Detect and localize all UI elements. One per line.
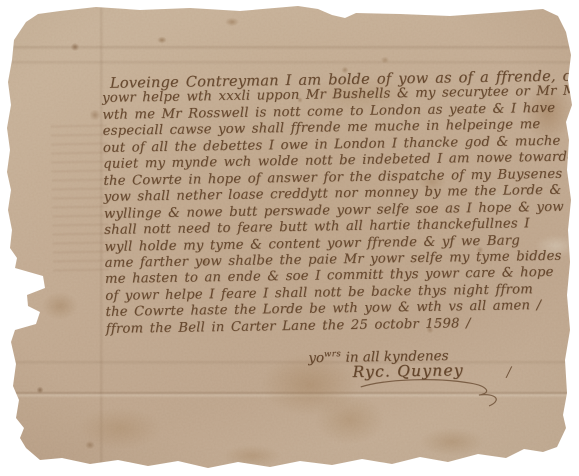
- torn-paper-sheet: ffrom the Bell in Carter Lane the 25 oct…: [0, 0, 579, 476]
- stray-pen-stroke: /: [506, 365, 511, 381]
- valediction-prefix: yo: [308, 350, 324, 366]
- manuscript-photo: ffrom the Bell in Carter Lane the 25 oct…: [0, 0, 579, 476]
- letter-text: ffrom the Bell in Carter Lane the 25 oct…: [0, 0, 579, 476]
- signature-flourish: [355, 375, 506, 411]
- valediction-superscript: wrs: [324, 349, 341, 359]
